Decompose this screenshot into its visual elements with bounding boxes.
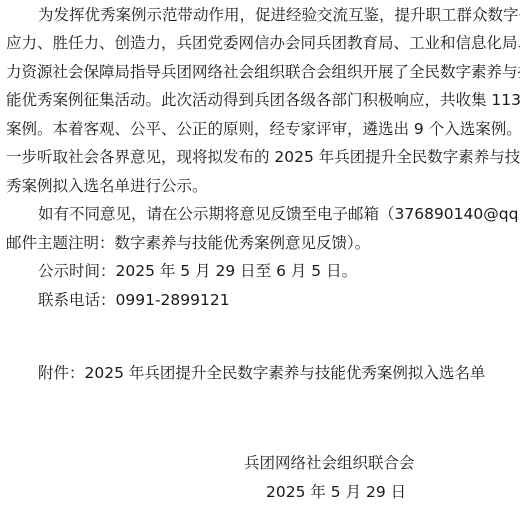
paragraph-2-line-2: 邮件主题注明：数字素养与技能优秀案例意见反馈）。 (6, 233, 370, 253)
paragraph-1-line-5: 案例。本着客观、公平、公正的原则，经专家评审，遴选出 9 个入选案例。为进 (6, 119, 500, 139)
signature-date: 2025 年 5 月 29 日 (266, 482, 406, 502)
paragraph-1-line-7: 秀案例拟入选名单进行公示。 (6, 176, 208, 196)
paragraph-1-line-3: 力资源社会保障局指导兵团网络社会组织联合会组织开展了全民数字素养与技 (6, 62, 500, 82)
publicity-period: 公示时间：2025 年 5 月 29 日至 6 月 5 日。 (38, 261, 357, 281)
paragraph-1-line-4: 能优秀案例征集活动。此次活动得到兵团各级各部门积极响应，共收集 113 个 (6, 90, 500, 110)
paragraph-1-line-2: 应力、胜任力、创造力，兵团党委网信办会同兵团教育局、工业和信息化局、人 (6, 33, 500, 53)
paragraph-2-line-1: 如有不同意见，请在公示期将意见反馈至电子邮箱（376890140@qq.com， (38, 204, 500, 224)
paragraph-1-line-6: 一步听取社会各界意见，现将拟发布的 2025 年兵团提升全民数字素养与技能优 (6, 147, 500, 167)
contact-phone: 联系电话：0991-2899121 (38, 290, 230, 310)
signature-organization: 兵团网络社会组织联合会 (244, 453, 415, 473)
attachment-line[interactable]: 附件：2025 年兵团提升全民数字素养与技能优秀案例拟入选名单 (38, 363, 485, 383)
paragraph-1-line-1: 为发挥优秀案例示范带动作用，促进经验交流互鉴，提升职工群众数字化适 (38, 5, 500, 25)
